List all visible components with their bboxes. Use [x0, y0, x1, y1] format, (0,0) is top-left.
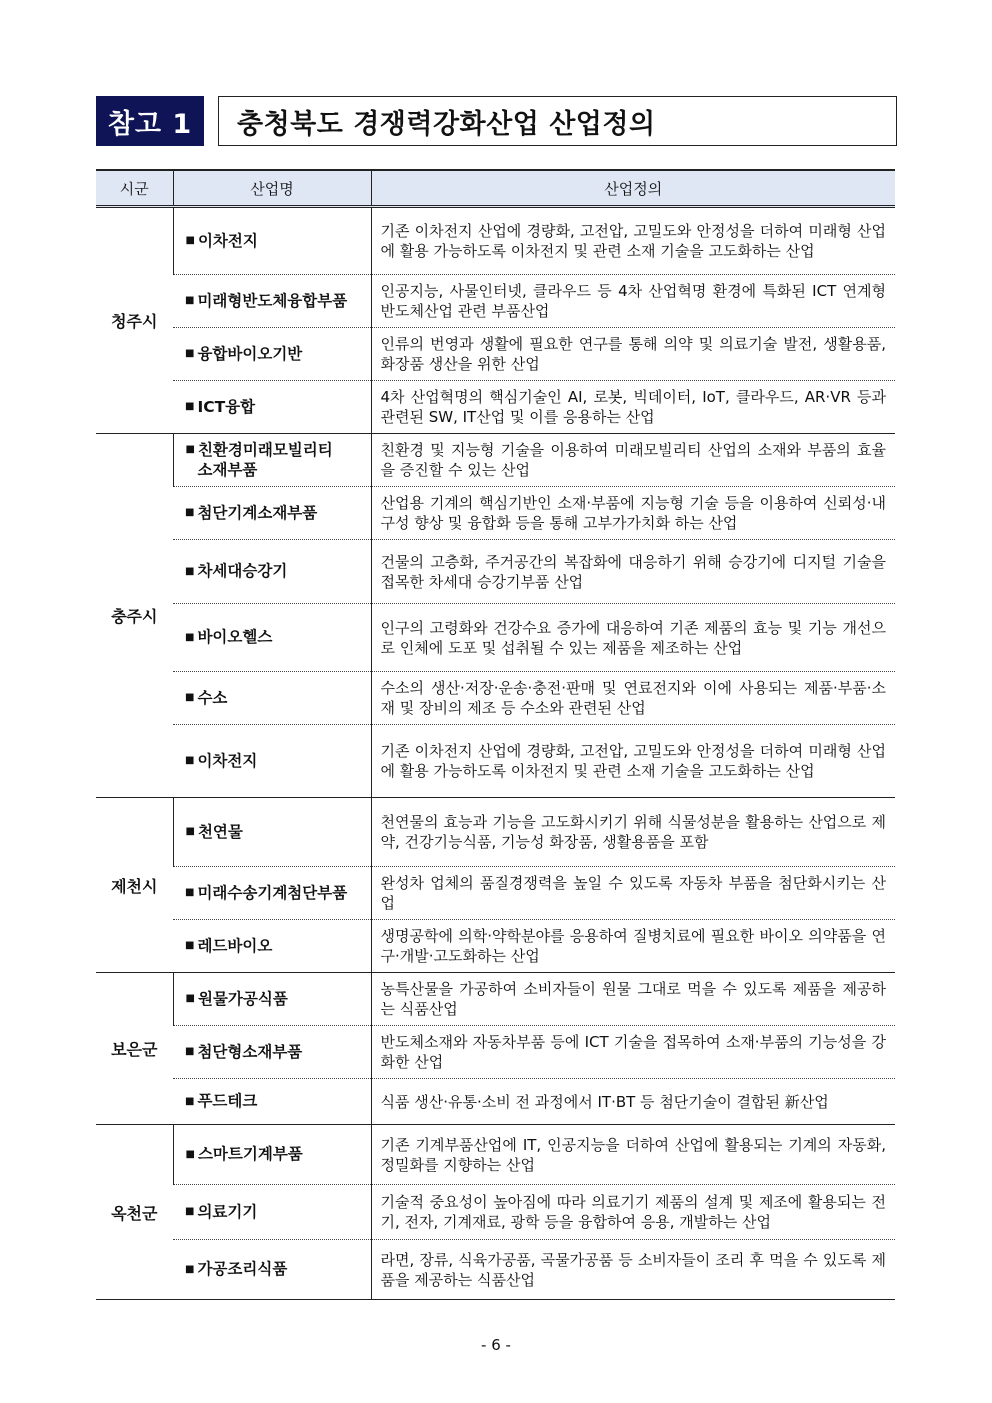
table-row: 옥천군■스마트기계부품기존 기계부품산업에 IT, 인공지능을 더하여 산업에 …	[96, 1125, 895, 1185]
square-bullet-icon: ■	[185, 1206, 194, 1217]
industry-name: 레드바이오	[197, 937, 272, 955]
industry-definition: 기술적 중요성이 높아짐에 따라 의료기기 제품의 설계 및 제조에 활용되는 …	[371, 1185, 895, 1240]
industry-name: 이차전지	[197, 752, 257, 770]
square-bullet-icon: ■	[185, 887, 194, 898]
table-row: ■가공조리식품라면, 장류, 식육가공품, 곡물가공품 등 소비자들이 조리 후…	[96, 1240, 895, 1300]
table-row: ■수소수소의 생산·저장·운송·충전·판매 및 연료전지와 이에 사용되는 제품…	[96, 672, 895, 725]
industry-name-cell: ■첨단형소재부품	[173, 1026, 371, 1079]
industry-name-cell: ■차세대승강기	[173, 540, 371, 604]
industry-definition: 4차 산업혁명의 핵심기술인 AI, 로봇, 빅데이터, IoT, 클라우드, …	[371, 381, 895, 434]
table-row: 청주시■이차전지기존 이차전지 산업에 경량화, 고전압, 고밀도와 안정성을 …	[96, 207, 895, 275]
industry-name: 융합바이오기반	[197, 345, 302, 363]
industry-definition: 산업용 기계의 핵심기반인 소재·부품에 지능형 기술 등을 이용하여 신뢰성·…	[371, 487, 895, 540]
industry-name-cell: ■천연물	[173, 798, 371, 867]
table-row: ■차세대승강기건물의 고층화, 주거공간의 복잡화에 대응하기 위해 승강기에 …	[96, 540, 895, 604]
square-bullet-icon: ■	[185, 1096, 194, 1107]
industry-definition: 식품 생산·유통·소비 전 과정에서 IT·BT 등 첨단기술이 결합된 新산업	[371, 1079, 895, 1125]
header-region: 시군	[96, 170, 173, 207]
header-industry-definition: 산업정의	[371, 170, 895, 207]
table-row: ■미래형반도체융합부품인공지능, 사물인터넷, 클라우드 등 4차 산업혁명 환…	[96, 275, 895, 328]
table-row: ■융합바이오기반인류의 번영과 생활에 필요한 연구를 통해 의약 및 의료기술…	[96, 328, 895, 381]
table-row: ■레드바이오생명공학에 의학·약학분야를 응용하여 질병치료에 필요한 바이오 …	[96, 920, 895, 973]
industry-definition: 천연물의 효능과 기능을 고도화시키기 위해 식물성분을 활용하는 산업으로 제…	[371, 798, 895, 867]
industry-name: ICT융합	[197, 398, 255, 416]
square-bullet-icon: ■	[185, 1264, 194, 1275]
square-bullet-icon: ■	[185, 1046, 194, 1057]
industry-name-cell: ■미래형반도체융합부품	[173, 275, 371, 328]
industry-definition: 수소의 생산·저장·운송·충전·판매 및 연료전지와 이에 사용되는 제품·부품…	[371, 672, 895, 725]
table-row: 보은군■원물가공식품농특산물을 가공하여 소비자들이 원물 그대로 먹을 수 있…	[96, 973, 895, 1026]
square-bullet-icon: ■	[185, 507, 194, 518]
square-bullet-icon: ■	[185, 295, 194, 306]
industry-definition: 인구의 고령화와 건강수요 증가에 대응하여 기존 제품의 효능 및 기능 개선…	[371, 604, 895, 672]
industry-name-cell: ■이차전지	[173, 725, 371, 798]
square-bullet-icon: ■	[186, 444, 195, 455]
table-row: ■첨단형소재부품반도체소재와 자동차부품 등에 ICT 기술을 접목하여 소재·…	[96, 1026, 895, 1079]
region-cell: 옥천군	[96, 1125, 173, 1300]
industry-definition-table: 시군 산업명 산업정의 청주시■이차전지기존 이차전지 산업에 경량화, 고전압…	[96, 169, 895, 1300]
industry-name: 스마트기계부품	[198, 1145, 303, 1163]
square-bullet-icon: ■	[185, 692, 194, 703]
industry-definition: 라면, 장류, 식육가공품, 곡물가공품 등 소비자들이 조리 후 먹을 수 있…	[371, 1240, 895, 1300]
industry-name: 바이오헬스	[197, 628, 272, 646]
industry-name-cell: ■바이오헬스	[173, 604, 371, 672]
industry-name-cell: ■융합바이오기반	[173, 328, 371, 381]
header-industry-name: 산업명	[173, 170, 371, 207]
industry-name-cell: ■의료기기	[173, 1185, 371, 1240]
table-row: ■ICT융합4차 산업혁명의 핵심기술인 AI, 로봇, 빅데이터, IoT, …	[96, 381, 895, 434]
square-bullet-icon: ■	[185, 566, 194, 577]
square-bullet-icon: ■	[185, 348, 194, 359]
section-title: 참고 1 충청북도 경쟁력강화산업 산업정의	[96, 96, 897, 146]
industry-name: 차세대승강기	[197, 562, 287, 580]
table-row: ■미래수송기계첨단부품완성차 업체의 품질경쟁력을 높일 수 있도록 자동차 부…	[96, 867, 895, 920]
industry-name-cell: ■이차전지	[173, 207, 371, 275]
page-title: 충청북도 경쟁력강화산업 산업정의	[218, 96, 897, 146]
industry-definition: 인류의 번영과 생활에 필요한 연구를 통해 의약 및 의료기술 발전, 생활용…	[371, 328, 895, 381]
square-bullet-icon: ■	[186, 1149, 195, 1160]
industry-definition: 기존 이차전지 산업에 경량화, 고전압, 고밀도와 안정성을 더하여 미래형 …	[371, 207, 895, 275]
industry-name: 가공조리식품	[197, 1260, 287, 1278]
industry-name-cell: ■첨단기계소재부품	[173, 487, 371, 540]
industry-definition: 반도체소재와 자동차부품 등에 ICT 기술을 접목하여 소재·부품의 기능성을…	[371, 1026, 895, 1079]
table-row: ■이차전지기존 이차전지 산업에 경량화, 고전압, 고밀도와 안정성을 더하여…	[96, 725, 895, 798]
industry-definition: 농특산물을 가공하여 소비자들이 원물 그대로 먹을 수 있도록 제품을 제공하…	[371, 973, 895, 1026]
industry-name: 원물가공식품	[198, 990, 288, 1008]
industry-definition: 기존 기계부품산업에 IT, 인공지능을 더하여 산업에 활용되는 기계의 자동…	[371, 1125, 895, 1185]
table-row: 제천시■천연물천연물의 효능과 기능을 고도화시키기 위해 식물성분을 활용하는…	[96, 798, 895, 867]
region-cell: 충주시	[96, 434, 173, 798]
industry-name: 미래수송기계첨단부품	[197, 884, 347, 902]
table-row: ■의료기기기술적 중요성이 높아짐에 따라 의료기기 제품의 설계 및 제조에 …	[96, 1185, 895, 1240]
industry-name-cell: ■원물가공식품	[173, 973, 371, 1026]
industry-name: 푸드테크	[197, 1092, 257, 1110]
industry-name-cell: ■친환경미래모빌리티소재부품	[173, 434, 371, 487]
page-number: - 6 -	[0, 1336, 992, 1354]
industry-name-cell: ■가공조리식품	[173, 1240, 371, 1300]
square-bullet-icon: ■	[185, 632, 194, 643]
industry-definition: 기존 이차전지 산업에 경량화, 고전압, 고밀도와 안정성을 더하여 미래형 …	[371, 725, 895, 798]
region-cell: 청주시	[96, 207, 173, 434]
industry-name: 이차전지	[198, 232, 258, 250]
industry-name: 첨단기계소재부품	[197, 504, 317, 522]
square-bullet-icon: ■	[186, 235, 195, 246]
industry-definition: 인공지능, 사물인터넷, 클라우드 등 4차 산업혁명 환경에 특화된 ICT …	[371, 275, 895, 328]
table-row: ■첨단기계소재부품산업용 기계의 핵심기반인 소재·부품에 지능형 기술 등을 …	[96, 487, 895, 540]
square-bullet-icon: ■	[186, 826, 195, 837]
industry-name-cell: ■푸드테크	[173, 1079, 371, 1125]
industry-name: 친환경미래모빌리티	[198, 441, 333, 459]
industry-name: 미래형반도체융합부품	[197, 292, 347, 310]
square-bullet-icon: ■	[186, 993, 195, 1004]
industry-name-cell: ■레드바이오	[173, 920, 371, 973]
square-bullet-icon: ■	[185, 401, 194, 412]
industry-name-cell: ■수소	[173, 672, 371, 725]
industry-name: 천연물	[198, 823, 243, 841]
table-body: 청주시■이차전지기존 이차전지 산업에 경량화, 고전압, 고밀도와 안정성을 …	[96, 207, 895, 1300]
square-bullet-icon: ■	[185, 940, 194, 951]
industry-name-cell: ■미래수송기계첨단부품	[173, 867, 371, 920]
industry-name-continued: 소재부품	[186, 460, 370, 480]
industry-definition: 건물의 고층화, 주거공간의 복잡화에 대응하기 위해 승강기에 디지털 기술을…	[371, 540, 895, 604]
table-row: 충주시■친환경미래모빌리티소재부품친환경 및 지능형 기술을 이용하여 미래모빌…	[96, 434, 895, 487]
industry-definition: 완성차 업체의 품질경쟁력을 높일 수 있도록 자동차 부품을 첨단화시키는 산…	[371, 867, 895, 920]
table-header-row: 시군 산업명 산업정의	[96, 170, 895, 207]
industry-name: 수소	[197, 689, 227, 707]
table-row: ■바이오헬스인구의 고령화와 건강수요 증가에 대응하여 기존 제품의 효능 및…	[96, 604, 895, 672]
industry-definition: 생명공학에 의학·약학분야를 응용하여 질병치료에 필요한 바이오 의약품을 연…	[371, 920, 895, 973]
table-row: ■푸드테크식품 생산·유통·소비 전 과정에서 IT·BT 등 첨단기술이 결합…	[96, 1079, 895, 1125]
square-bullet-icon: ■	[185, 755, 194, 766]
industry-name: 의료기기	[197, 1203, 257, 1221]
region-cell: 보은군	[96, 973, 173, 1125]
reference-tag: 참고 1	[96, 96, 204, 146]
industry-name-cell: ■스마트기계부품	[173, 1125, 371, 1185]
industry-name-cell: ■ICT융합	[173, 381, 371, 434]
region-cell: 제천시	[96, 798, 173, 973]
industry-name: 첨단형소재부품	[197, 1043, 302, 1061]
industry-definition: 친환경 및 지능형 기술을 이용하여 미래모빌리티 산업의 소재와 부품의 효율…	[371, 434, 895, 487]
